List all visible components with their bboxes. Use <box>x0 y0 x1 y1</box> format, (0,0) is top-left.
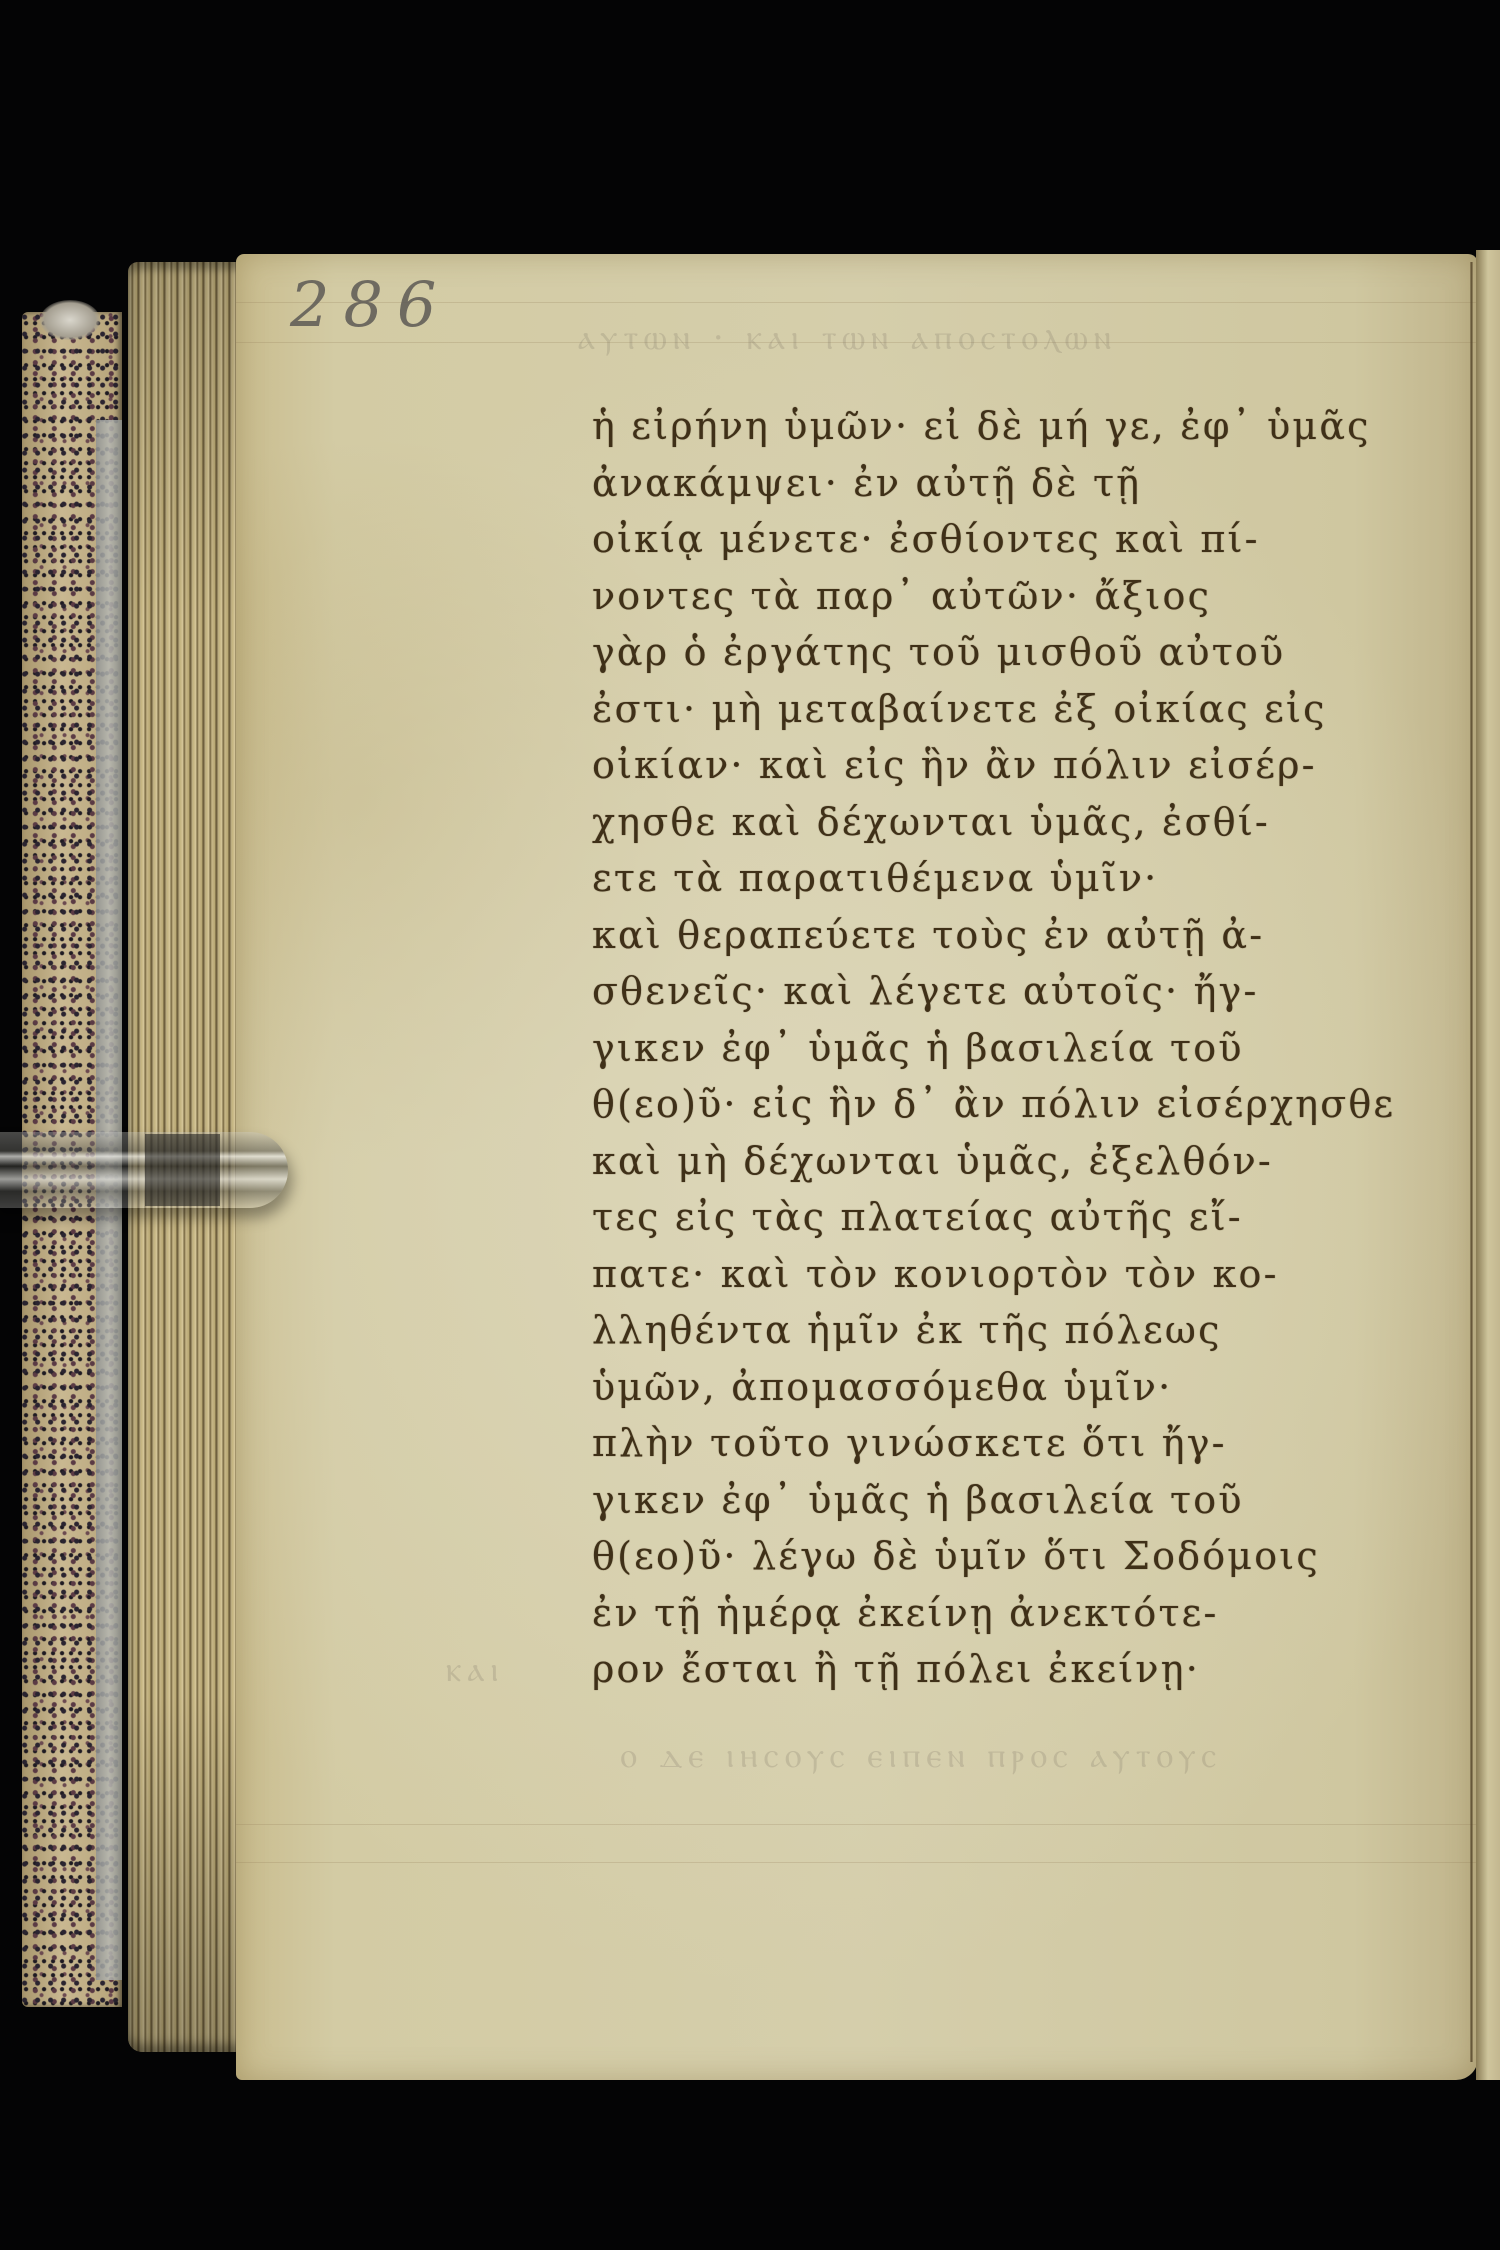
text-line: νοντες τὰ παρ᾽ αὐτῶν· ἄξιος <box>592 568 1392 625</box>
text-column: ἡ εἰρήνη ὑμῶν· εἰ δὲ μή γε, ἐφ᾽ ὑμᾶς ἀνα… <box>592 398 1392 1698</box>
text-line: ἐν τῇ ἡμέρᾳ ἐκείνῃ ἀνεκτότε- <box>592 1585 1392 1642</box>
ruling-line <box>236 1862 1478 1863</box>
text-line: καὶ μὴ δέχωνται ὑμᾶς, ἐξελθόν- <box>592 1133 1392 1190</box>
text-line: γὰρ ὁ ἐργάτης τοῦ μισθοῦ αὐτοῦ <box>592 624 1392 681</box>
show-through-footer: ⲟ ⲇⲉ ⲓⲏⲥⲟⲩⲥ ⲉⲓⲡⲉⲛ ⲡⲣⲟⲥ ⲁⲩⲧⲟⲩⲥ <box>620 1736 1222 1776</box>
text-line: οἰκίαν· καὶ εἰς ἣν ἂν πόλιν εἰσέρ- <box>592 737 1392 794</box>
text-line: ἐστι· μὴ μεταβαίνετε ἐξ οἰκίας εἰς <box>592 681 1392 738</box>
ruling-line <box>236 1824 1478 1825</box>
text-line: ἡ εἰρήνη ὑμῶν· εἰ δὲ μή γε, ἐφ᾽ ὑμᾶς <box>592 398 1392 455</box>
text-line: θ(εο)ῦ· εἰς ἣν δ᾽ ἂν πόλιν εἰσέρχησθε <box>592 1076 1392 1133</box>
text-line: ρον ἔσται ἢ τῇ πόλει ἐκείνῃ· <box>592 1641 1392 1698</box>
gutter <box>1470 262 1473 2062</box>
text-line: τες εἰς τὰς πλατείας αὐτῆς εἴ- <box>592 1189 1392 1246</box>
text-line: ὑμῶν, ἀπομασσόμεθα ὑμῖν· <box>592 1359 1392 1416</box>
show-through-margin: ⲕⲁⲓ <box>446 1650 505 1690</box>
cover-corner-wear <box>40 300 100 340</box>
page-holder-rod <box>0 1132 288 1208</box>
text-line: ἀνακάμψει· ἐν αὐτῇ δὲ τῇ <box>592 455 1392 512</box>
text-line: καὶ θεραπεύετε τοὺς ἐν αὐτῇ ἀ- <box>592 907 1392 964</box>
text-line: σθενεῖς· καὶ λέγετε αὐτοῖς· ἤγ- <box>592 963 1392 1020</box>
text-line: γικεν ἐφ᾽ ὑμᾶς ἡ βασιλεία τοῦ <box>592 1472 1392 1529</box>
text-line: οἰκίᾳ μένετε· ἐσθίοντες καὶ πί- <box>592 511 1392 568</box>
text-line: θ(εο)ῦ· λέγω δὲ ὑμῖν ὅτι Σοδόμοις <box>592 1528 1392 1585</box>
text-line: πατε· καὶ τὸν κονιορτὸν τὸν κο- <box>592 1246 1392 1303</box>
page-holder-rod-band <box>145 1134 220 1206</box>
text-line: πλὴν τοῦτο γινώσκετε ὅτι ἤγ- <box>592 1415 1392 1472</box>
text-line: χησθε καὶ δέχωνται ὑμᾶς, ἐσθί- <box>592 794 1392 851</box>
text-line: ετε τὰ παρατιθέμενα ὑμῖν· <box>592 850 1392 907</box>
text-line: γικεν ἐφ᾽ ὑμᾶς ἡ βασιλεία τοῦ <box>592 1020 1392 1077</box>
text-line: λληθέντα ἡμῖν ἐκ τῆς πόλεως <box>592 1302 1392 1359</box>
show-through-header: ⲁⲩⲧⲱⲛ · ⲕⲁⲓ ⲧⲱⲛ ⲁⲡⲟⲥⲧⲟⲗⲱⲛ <box>578 318 1117 358</box>
folio-number: 286 <box>290 268 450 341</box>
facing-page-edge <box>1476 250 1500 2080</box>
